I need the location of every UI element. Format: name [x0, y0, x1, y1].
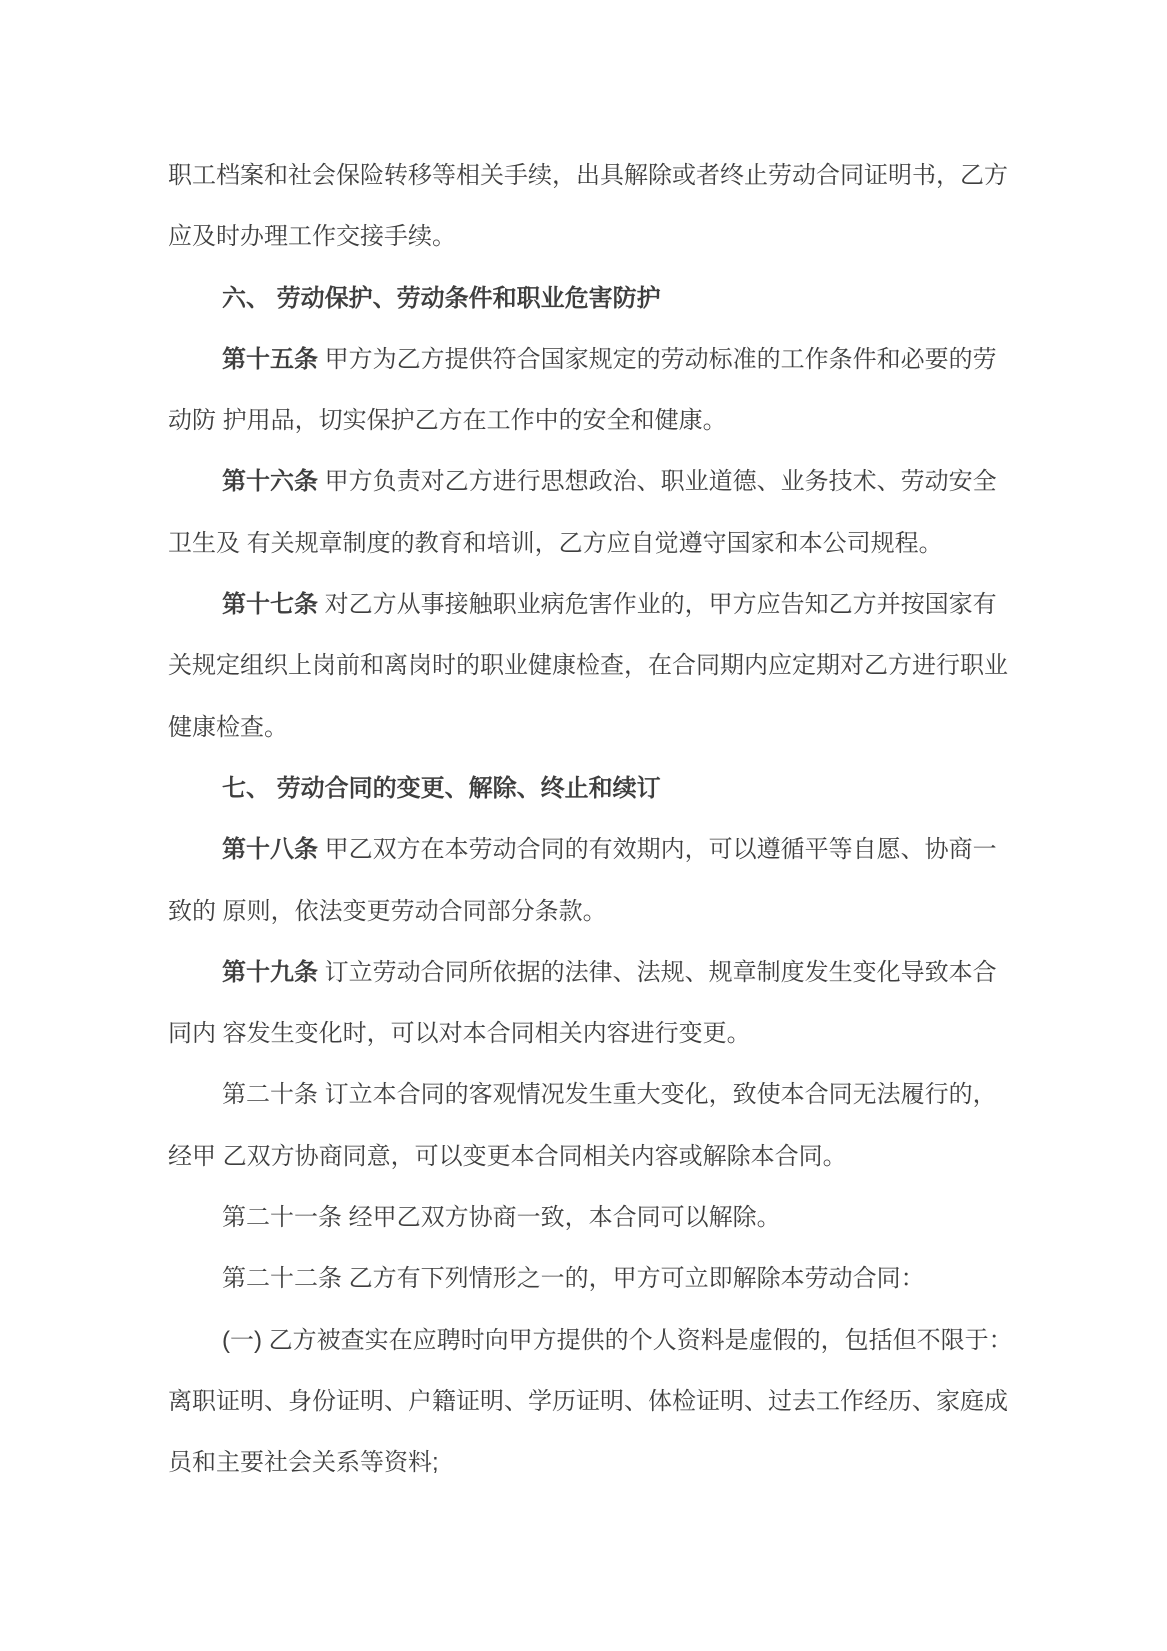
document-content: 职工档案和社会保险转移等相关手续，出具解除或者终止劳动合同证明书，乙方应及时办理… — [168, 145, 1027, 1494]
section-heading: 六、 劳动保护、劳动条件和职业危害防护 — [168, 268, 1027, 329]
section-heading: 七、 劳动合同的变更、解除、终止和续订 — [168, 758, 1027, 819]
clause-text: 甲乙双方在本劳动合同的有效期内，可以遵循平等自愿、协商一 — [318, 836, 997, 863]
document-page: 职工档案和社会保险转移等相关手续，出具解除或者终止劳动合同证明书，乙方应及时办理… — [0, 0, 1167, 1651]
clause-text: 对乙方从事接触职业病危害作业的，甲方应告知乙方并按国家有 — [318, 591, 997, 618]
text-line: 职工档案和社会保险转移等相关手续，出具解除或者终止劳动合同证明书，乙方 — [168, 145, 1027, 206]
text-line: 第二十一条 经甲乙双方协商一致，本合同可以解除。 — [168, 1187, 1027, 1248]
text-line: 健康检查。 — [168, 697, 1027, 758]
text-line: 动防 护用品，切实保护乙方在工作中的安全和健康。 — [168, 390, 1027, 451]
clause-number: 第十七条 — [222, 591, 318, 618]
clause-text: 甲方负责对乙方进行思想政治、职业道德、业务技术、劳动安全 — [318, 468, 997, 495]
clause-number: 第十九条 — [222, 959, 318, 986]
text-line: 第十六条 甲方负责对乙方进行思想政治、职业道德、业务技术、劳动安全 — [168, 451, 1027, 512]
clause-text: 甲方为乙方提供符合国家规定的劳动标准的工作条件和必要的劳 — [318, 346, 997, 373]
text-line: 卫生及 有关规章制度的教育和培训，乙方应自觉遵守国家和本公司规程。 — [168, 513, 1027, 574]
text-line: 同内 容发生变化时，可以对本合同相关内容进行变更。 — [168, 1003, 1027, 1064]
text-line: 应及时办理工作交接手续。 — [168, 206, 1027, 267]
text-line: 经甲 乙双方协商同意，可以变更本合同相关内容或解除本合同。 — [168, 1126, 1027, 1187]
clause-number: 第十六条 — [222, 468, 318, 495]
text-line: 员和主要社会关系等资料; — [168, 1432, 1027, 1493]
clause-number: 第十八条 — [222, 836, 318, 863]
text-line: 致的 原则，依法变更劳动合同部分条款。 — [168, 881, 1027, 942]
clause-number: 第十五条 — [222, 346, 318, 373]
text-line: (一) 乙方被查实在应聘时向甲方提供的个人资料是虚假的，包括但不限于： — [168, 1310, 1027, 1371]
text-line: 离职证明、身份证明、户籍证明、学历证明、体检证明、过去工作经历、家庭成 — [168, 1371, 1027, 1432]
text-line: 第十九条 订立劳动合同所依据的法律、法规、规章制度发生变化导致本合 — [168, 942, 1027, 1003]
text-line: 关规定组织上岗前和离岗时的职业健康检查，在合同期内应定期对乙方进行职业 — [168, 635, 1027, 696]
text-line: 第二十条 订立本合同的客观情况发生重大变化，致使本合同无法履行的， — [168, 1064, 1027, 1125]
clause-text: 订立劳动合同所依据的法律、法规、规章制度发生变化导致本合 — [318, 959, 997, 986]
text-line: 第十五条 甲方为乙方提供符合国家规定的劳动标准的工作条件和必要的劳 — [168, 329, 1027, 390]
text-line: 第十八条 甲乙双方在本劳动合同的有效期内，可以遵循平等自愿、协商一 — [168, 819, 1027, 880]
text-line: 第二十二条 乙方有下列情形之一的，甲方可立即解除本劳动合同： — [168, 1248, 1027, 1309]
text-line: 第十七条 对乙方从事接触职业病危害作业的，甲方应告知乙方并按国家有 — [168, 574, 1027, 635]
